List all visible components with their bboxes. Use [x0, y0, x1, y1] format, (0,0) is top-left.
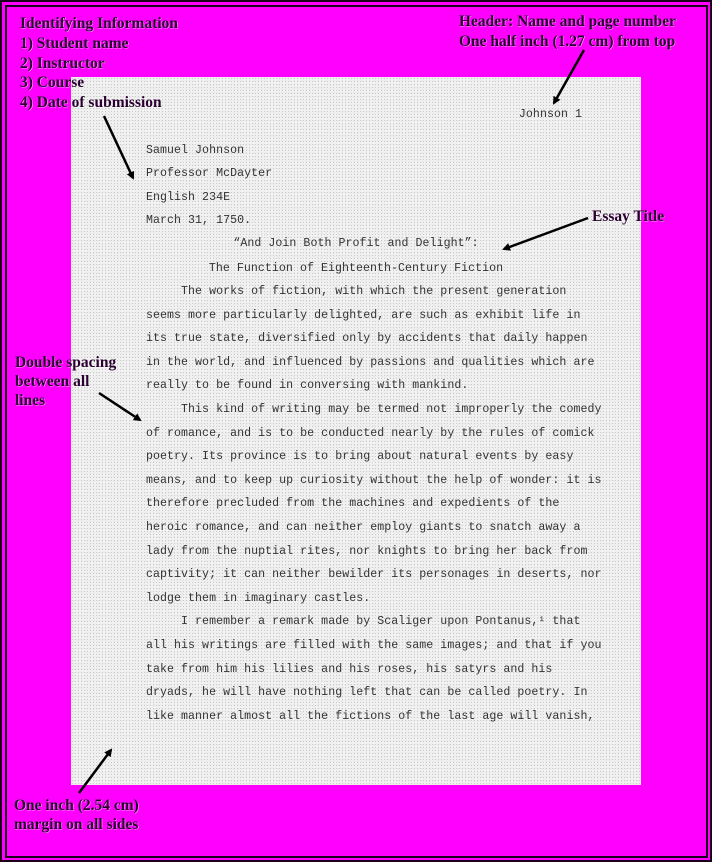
identifying-info-item: 1) Student name: [20, 34, 129, 54]
header-note-line-1: Header: Name and page number: [459, 12, 676, 32]
essay-body-line: dryads, he will have nothing left that c…: [146, 686, 587, 699]
essay-body-line: take from him his lilies and his roses, …: [146, 663, 552, 676]
course-name: English 234E: [146, 191, 230, 204]
essay-body-line: all his writings are filled with the sam…: [146, 639, 601, 652]
essay-title-note: Essay Title: [592, 207, 664, 227]
submission-date: March 31, 1750.: [146, 214, 251, 227]
essay-body-line: This kind of writing may be termed not i…: [146, 403, 601, 416]
essay-body-line: captivity; it can neither bewilder its p…: [146, 568, 601, 581]
identifying-info-item: 2) Instructor: [20, 54, 105, 74]
instructor-name: Professor McDayter: [146, 167, 272, 180]
identifying-info-title: Identifying Information: [20, 14, 178, 34]
essay-body-line: its true state, diversified only by acci…: [146, 332, 587, 345]
essay-title-line-2: The Function of Eighteenth-Century Ficti…: [71, 262, 641, 275]
running-header: Johnson 1: [519, 108, 582, 121]
double-spacing-note-line-3: lines: [15, 391, 45, 411]
double-spacing-note-line-1: Double spacing: [15, 353, 116, 373]
header-note-line-2: One half inch (1.27 cm) from top: [459, 32, 675, 52]
margin-note-line-1: One inch (2.54 cm): [14, 796, 139, 816]
student-name: Samuel Johnson: [146, 144, 244, 157]
essay-body-line: poetry. Its province is to bring about n…: [146, 450, 573, 463]
essay-body-line: The works of fiction, with which the pre…: [146, 285, 566, 298]
essay-body-line: I remember a remark made by Scaliger upo…: [146, 615, 580, 628]
essay-page: Johnson 1 Samuel Johnson Professor McDay…: [71, 77, 641, 785]
identifying-info-item: 4) Date of submission: [20, 93, 162, 113]
essay-body-line: therefore precluded from the machines an…: [146, 497, 559, 510]
essay-title-line-1: “And Join Both Profit and Delight”:: [71, 237, 641, 250]
essay-body-line: lodge them in imaginary castles.: [146, 592, 370, 605]
margin-note-line-2: margin on all sides: [14, 815, 138, 835]
essay-body-line: of romance, and is to be conducted nearl…: [146, 427, 594, 440]
essay-body-line: like manner almost all the fictions of t…: [146, 710, 594, 723]
identifying-info-item: 3) Course: [20, 73, 84, 93]
essay-body-line: in the world, and influenced by passions…: [146, 356, 594, 369]
double-spacing-note-line-2: between all: [15, 372, 89, 392]
essay-body-line: really to be found in conversing with ma…: [146, 379, 468, 392]
essay-body-line: heroic romance, and can neither employ g…: [146, 521, 580, 534]
essay-body-line: lady from the nuptial rites, nor knights…: [146, 545, 587, 558]
essay-body-line: seems more particularly delighted, are s…: [146, 309, 580, 322]
essay-body-line: means, and to keep up curiosity without …: [146, 474, 601, 487]
